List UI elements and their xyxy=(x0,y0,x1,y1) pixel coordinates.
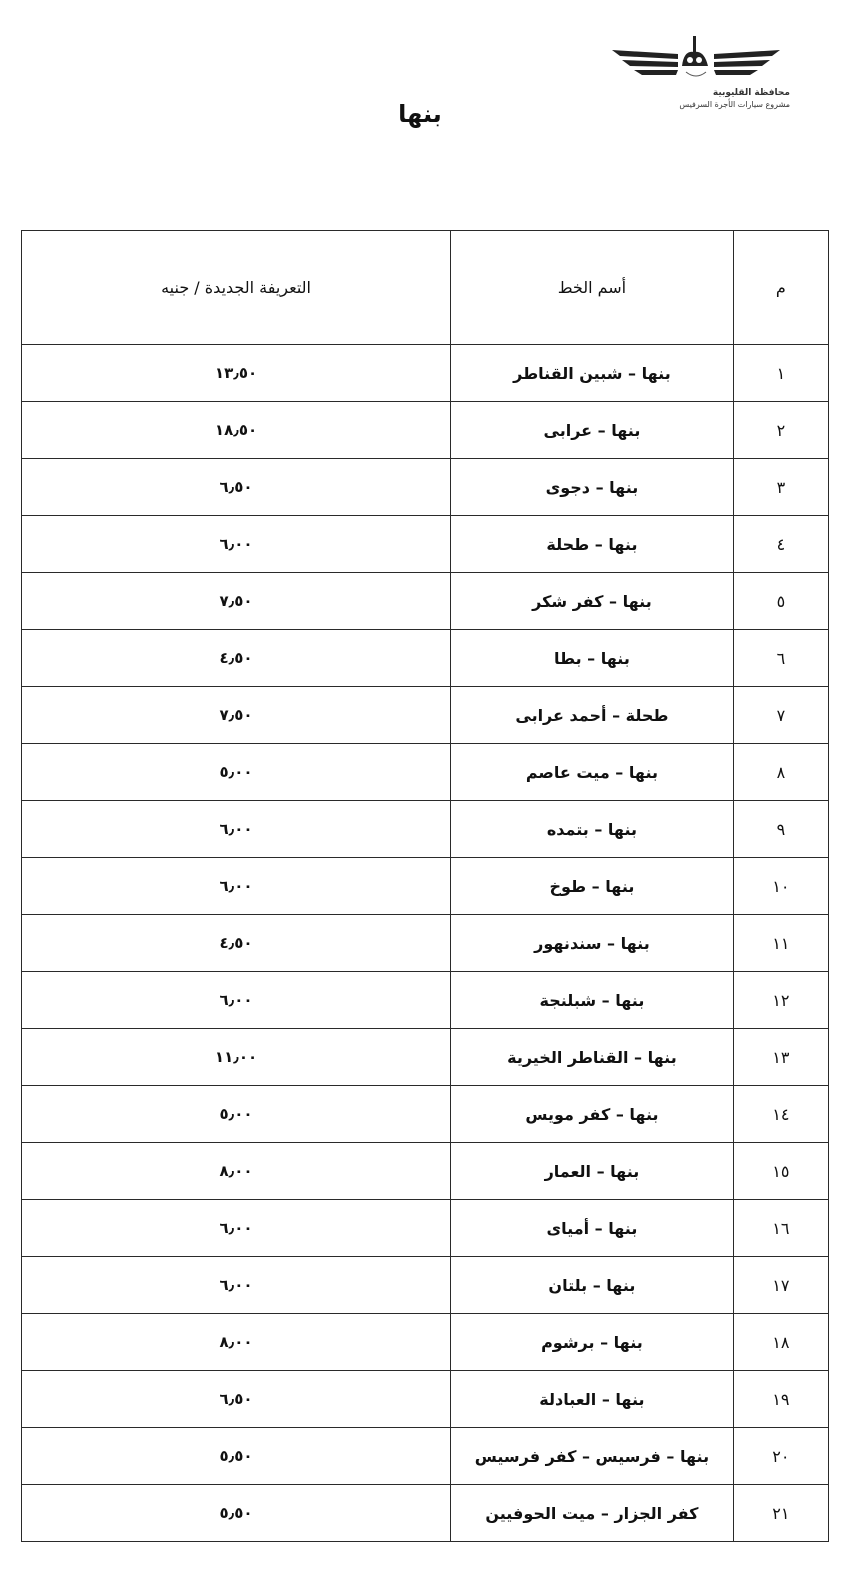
fare-value: ٥٫٥٠ xyxy=(22,1485,451,1542)
row-number: ١٢ xyxy=(733,972,828,1029)
row-number: ١١ xyxy=(733,915,828,972)
table-row: ٢١ كفر الجزار – ميت الحوفيين ٥٫٥٠ xyxy=(22,1485,829,1542)
table-row: ٩ بنها – بتمده ٦٫٠٠ xyxy=(22,801,829,858)
row-number: ٣ xyxy=(733,459,828,516)
table-row: ١٠ بنها – طوخ ٦٫٠٠ xyxy=(22,858,829,915)
route-name: بنها – العمار xyxy=(451,1143,734,1200)
fare-value: ١٣٫٥٠ xyxy=(22,345,451,402)
row-number: ١٦ xyxy=(733,1200,828,1257)
route-name: كفر الجزار – ميت الحوفيين xyxy=(451,1485,734,1542)
route-name: بنها – فرسيس – كفر فرسيس xyxy=(451,1428,734,1485)
table-row: ٣ بنها – دجوى ٦٫٥٠ xyxy=(22,459,829,516)
table-row: ٢ بنها – عرابى ١٨٫٥٠ xyxy=(22,402,829,459)
governorate-logo: محافظة القليوبية مشروع سيارات الأجرة الس… xyxy=(598,36,794,116)
fare-value: ٥٫٥٠ xyxy=(22,1428,451,1485)
route-name: بنها – كفر مويس xyxy=(451,1086,734,1143)
fare-table: م أسم الخط التعريفة الجديدة / جنيه ١ بنه… xyxy=(21,230,829,1542)
column-header-route: أسم الخط xyxy=(451,231,734,345)
row-number: ٤ xyxy=(733,516,828,573)
table-row: ١٩ بنها – العبادلة ٦٫٥٠ xyxy=(22,1371,829,1428)
row-number: ٨ xyxy=(733,744,828,801)
row-number: ١٧ xyxy=(733,1257,828,1314)
table-row: ١ بنها – شبين القناطر ١٣٫٥٠ xyxy=(22,345,829,402)
row-number: ١٣ xyxy=(733,1029,828,1086)
logo-text-governorate: محافظة القليوبية xyxy=(590,88,790,98)
row-number: ٧ xyxy=(733,687,828,744)
route-name: بنها – شبلنجة xyxy=(451,972,734,1029)
row-number: ٩ xyxy=(733,801,828,858)
column-header-number: م xyxy=(733,231,828,345)
page-title: بنها xyxy=(340,100,500,128)
fare-value: ١١٫٠٠ xyxy=(22,1029,451,1086)
table-row: ١٢ بنها – شبلنجة ٦٫٠٠ xyxy=(22,972,829,1029)
route-name: بنها – القناطر الخيرية xyxy=(451,1029,734,1086)
table-row: ١٧ بنها – بلتان ٦٫٠٠ xyxy=(22,1257,829,1314)
route-name: بنها – كفر شكر xyxy=(451,573,734,630)
table-row: ١٨ بنها – برشوم ٨٫٠٠ xyxy=(22,1314,829,1371)
route-name: بنها – سندنهور xyxy=(451,915,734,972)
fare-value: ٥٫٠٠ xyxy=(22,1086,451,1143)
table-row: ٥ بنها – كفر شكر ٧٫٥٠ xyxy=(22,573,829,630)
route-name: بنها – بتمده xyxy=(451,801,734,858)
fare-value: ٦٫٠٠ xyxy=(22,1200,451,1257)
table-row: ٧ طحلة – أحمد عرابى ٧٫٥٠ xyxy=(22,687,829,744)
table-header-row: م أسم الخط التعريفة الجديدة / جنيه xyxy=(22,231,829,345)
fare-value: ٤٫٥٠ xyxy=(22,630,451,687)
fare-value: ٦٫٠٠ xyxy=(22,972,451,1029)
fare-value: ٦٫٥٠ xyxy=(22,459,451,516)
row-number: ١٥ xyxy=(733,1143,828,1200)
row-number: ٢ xyxy=(733,402,828,459)
route-name: بنها – العبادلة xyxy=(451,1371,734,1428)
fare-value: ٧٫٥٠ xyxy=(22,687,451,744)
table-row: ٨ بنها – ميت عاصم ٥٫٠٠ xyxy=(22,744,829,801)
route-name: بنها – شبين القناطر xyxy=(451,345,734,402)
table-row: ١٣ بنها – القناطر الخيرية ١١٫٠٠ xyxy=(22,1029,829,1086)
fare-value: ٦٫٠٠ xyxy=(22,801,451,858)
column-header-fare: التعريفة الجديدة / جنيه xyxy=(22,231,451,345)
route-name: بنها – برشوم xyxy=(451,1314,734,1371)
table-row: ٢٠ بنها – فرسيس – كفر فرسيس ٥٫٥٠ xyxy=(22,1428,829,1485)
row-number: ١٤ xyxy=(733,1086,828,1143)
route-name: بنها – بطا xyxy=(451,630,734,687)
route-name: بنها – بلتان xyxy=(451,1257,734,1314)
row-number: ١٨ xyxy=(733,1314,828,1371)
fare-value: ٦٫٥٠ xyxy=(22,1371,451,1428)
fare-value: ٥٫٠٠ xyxy=(22,744,451,801)
route-name: بنها – أمياى xyxy=(451,1200,734,1257)
fare-value: ٤٫٥٠ xyxy=(22,915,451,972)
table-row: ٦ بنها – بطا ٤٫٥٠ xyxy=(22,630,829,687)
row-number: ١٠ xyxy=(733,858,828,915)
row-number: ٦ xyxy=(733,630,828,687)
row-number: ١ xyxy=(733,345,828,402)
fare-value: ٧٫٥٠ xyxy=(22,573,451,630)
row-number: ٥ xyxy=(733,573,828,630)
fare-value: ٦٫٠٠ xyxy=(22,516,451,573)
table-row: ١٦ بنها – أمياى ٦٫٠٠ xyxy=(22,1200,829,1257)
fare-value: ٨٫٠٠ xyxy=(22,1314,451,1371)
logo-text-project: مشروع سيارات الأجرة السرفيس xyxy=(590,100,790,110)
fare-value: ٦٫٠٠ xyxy=(22,858,451,915)
winged-emblem-icon xyxy=(598,36,794,86)
row-number: ٢١ xyxy=(733,1485,828,1542)
route-name: بنها – عرابى xyxy=(451,402,734,459)
fare-value: ٦٫٠٠ xyxy=(22,1257,451,1314)
table-row: ٤ بنها – طحلة ٦٫٠٠ xyxy=(22,516,829,573)
route-name: بنها – طحلة xyxy=(451,516,734,573)
row-number: ١٩ xyxy=(733,1371,828,1428)
fare-value: ٨٫٠٠ xyxy=(22,1143,451,1200)
route-name: بنها – طوخ xyxy=(451,858,734,915)
table-row: ١١ بنها – سندنهور ٤٫٥٠ xyxy=(22,915,829,972)
table-row: ١٥ بنها – العمار ٨٫٠٠ xyxy=(22,1143,829,1200)
route-name: طحلة – أحمد عرابى xyxy=(451,687,734,744)
route-name: بنها – دجوى xyxy=(451,459,734,516)
route-name: بنها – ميت عاصم xyxy=(451,744,734,801)
row-number: ٢٠ xyxy=(733,1428,828,1485)
fare-value: ١٨٫٥٠ xyxy=(22,402,451,459)
table-row: ١٤ بنها – كفر مويس ٥٫٠٠ xyxy=(22,1086,829,1143)
